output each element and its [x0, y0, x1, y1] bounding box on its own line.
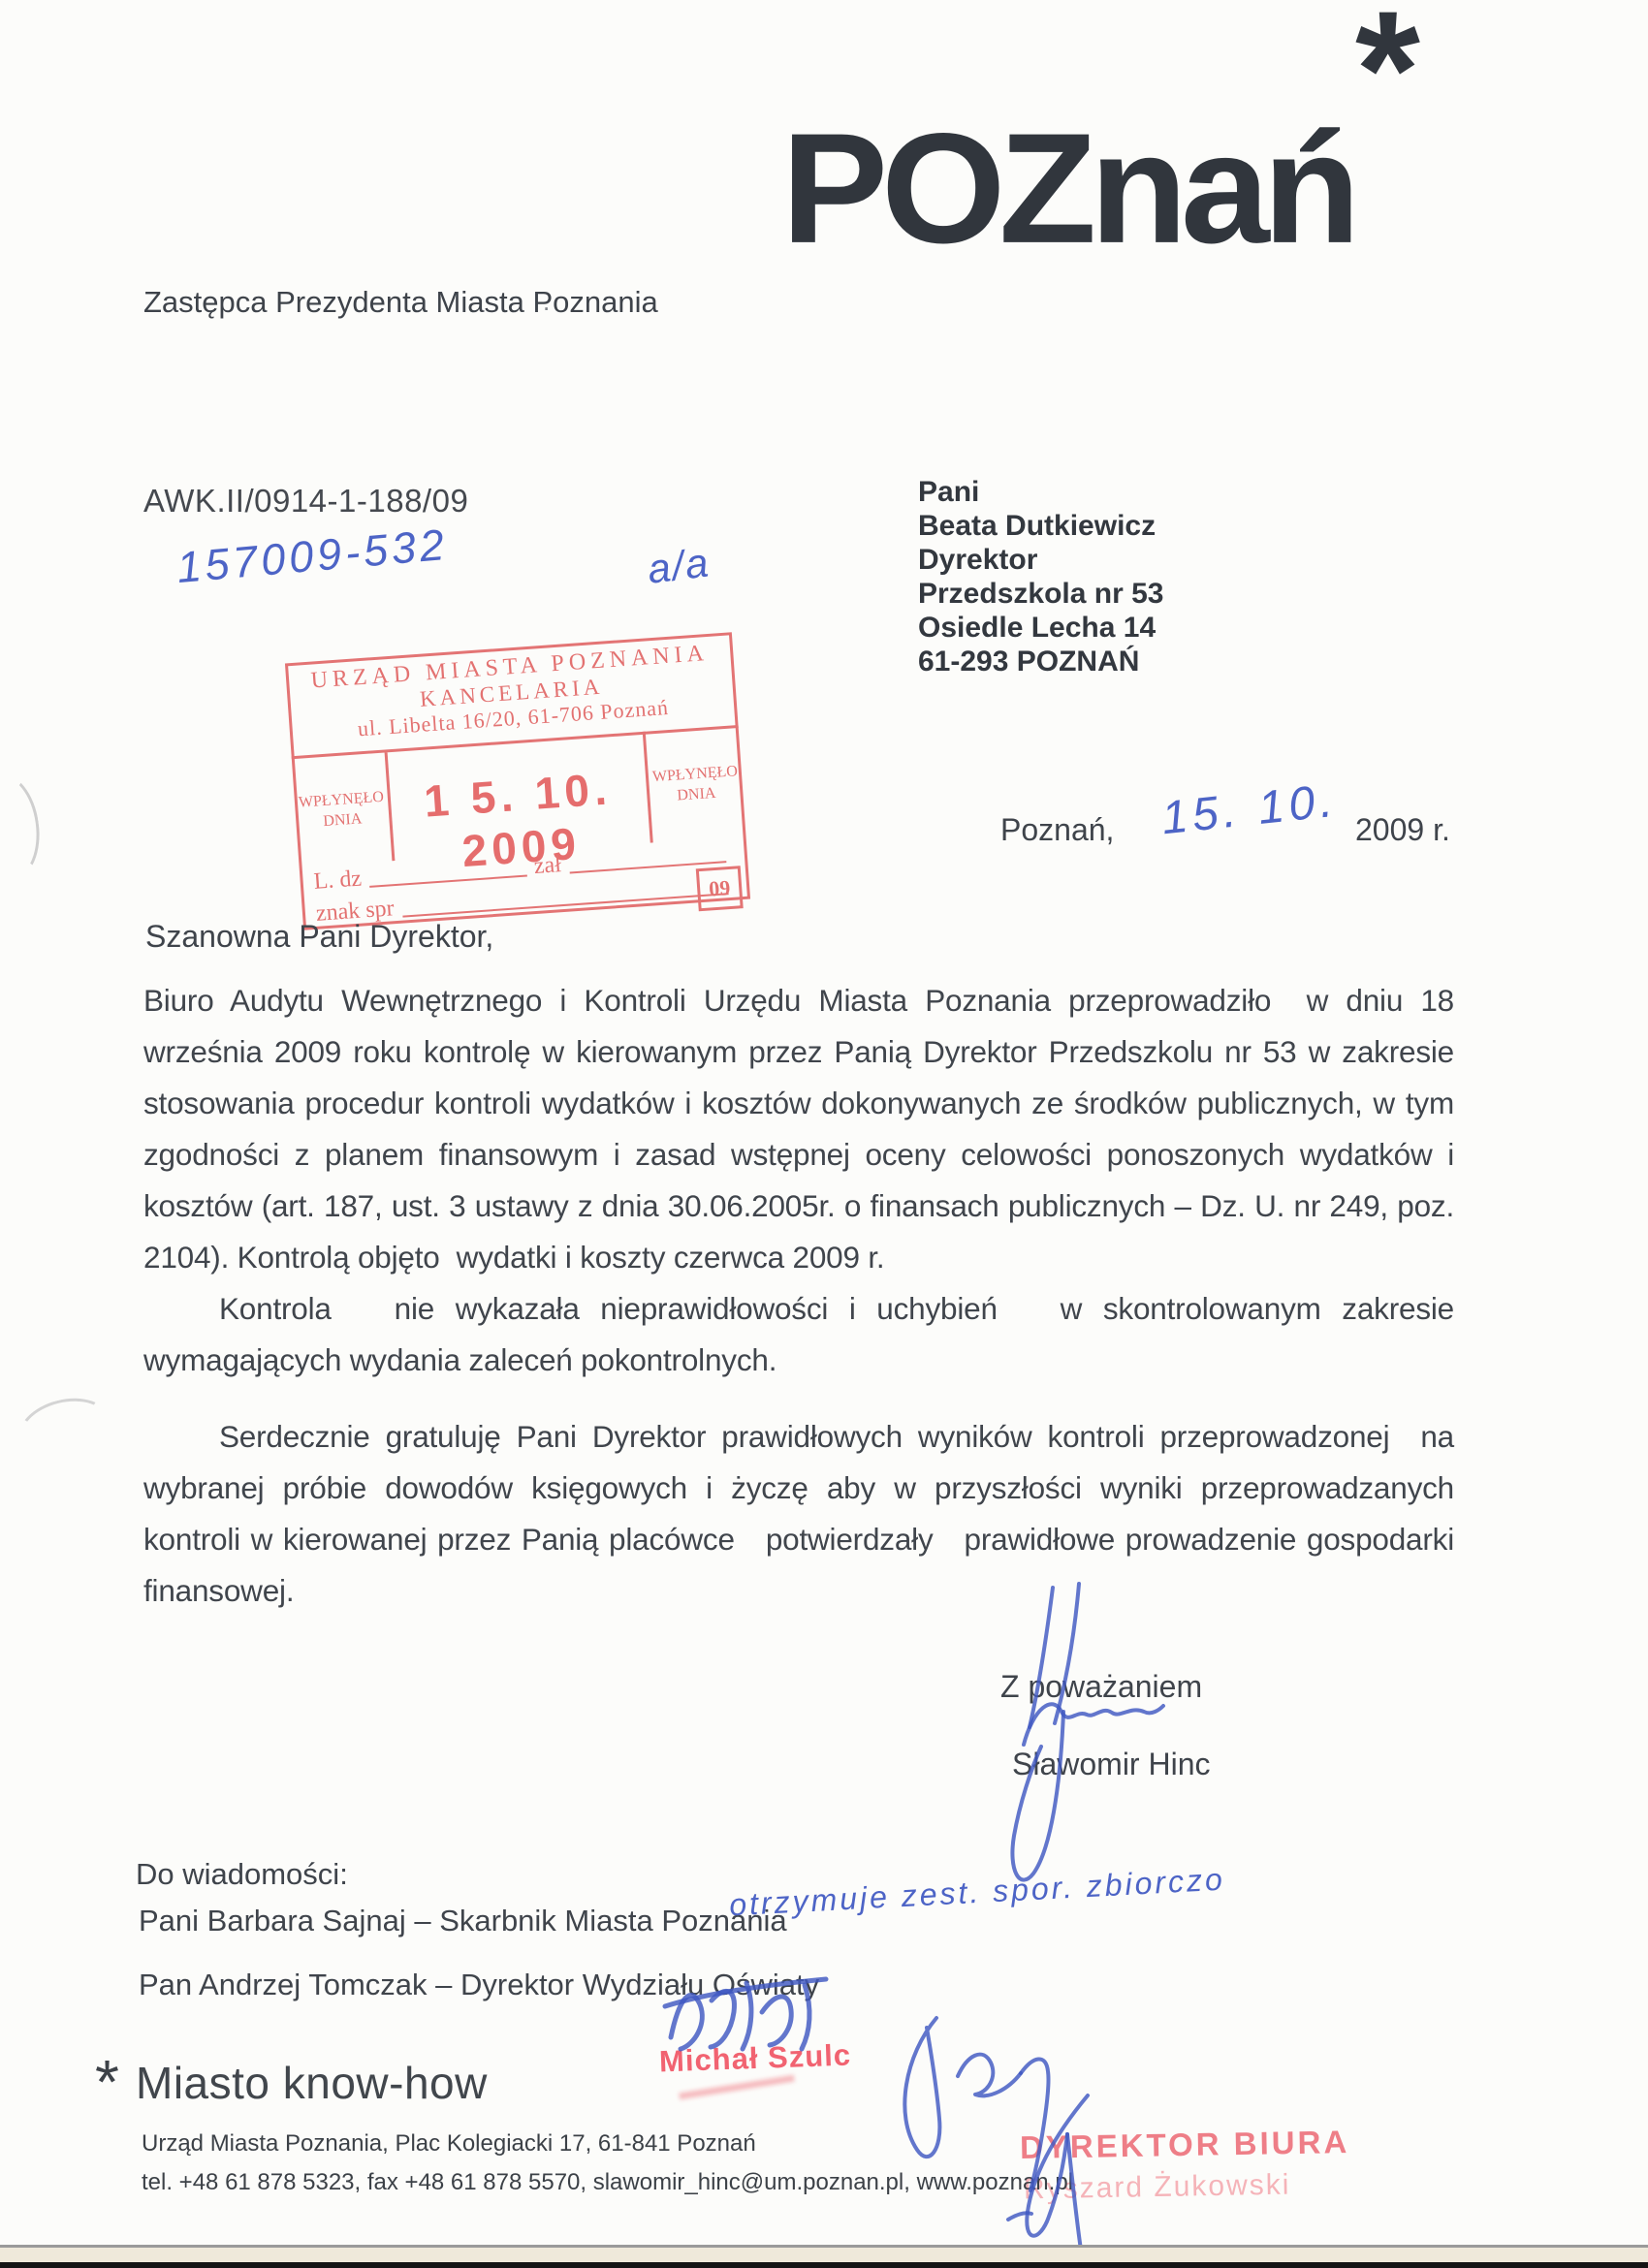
- footer-address: Urząd Miasta Poznania, Plac Kolegiacki 1…: [142, 2130, 756, 2158]
- recipient-line: Przedszkola nr 53: [918, 577, 1163, 611]
- clerk-signature-stroke: [762, 1997, 791, 2045]
- stamp-corner-number: 09: [696, 866, 744, 911]
- scan-edge-band: [0, 2248, 1648, 2262]
- body-paragraph-1: Biuro Audytu Wewnętrznego i Kontroli Urz…: [143, 975, 1454, 1283]
- footer-contact: tel. +48 61 878 5323, fax +48 61 878 557…: [142, 2169, 1073, 2196]
- case-number: AWK.II/0914-1-188/09: [143, 483, 468, 520]
- registry-stamp-received-right: WPŁYNĘŁO DNIA: [643, 725, 746, 843]
- scan-edge-black: [0, 2262, 1648, 2268]
- recipient-line: 61-293 POZNAŃ: [918, 645, 1163, 678]
- director-signature-stroke: [1008, 2213, 1031, 2220]
- zal-label: zał: [533, 852, 562, 880]
- signer-name: Sławomir Hinc: [1012, 1747, 1210, 1782]
- received-label: DNIA: [323, 808, 363, 832]
- clerk-name-stamp: Michał Szulc: [658, 2038, 851, 2080]
- handwritten-date: 15. 10.: [1159, 774, 1341, 846]
- main-signature-stroke: [1024, 1704, 1163, 1745]
- cc-line-1: Pani Barbara Sajnaj – Skarbnik Miasta Po…: [139, 1904, 787, 1938]
- body-paragraph-3: Serdecznie gratuluję Pani Dyrektor prawi…: [143, 1411, 1454, 1617]
- received-label: DNIA: [677, 782, 716, 805]
- office-title: Zastępca Prezydenta Miasta Poznania: [143, 285, 658, 320]
- recipient-line: Dyrektor: [918, 543, 1163, 577]
- salutation: Szanowna Pani Dyrektor,: [145, 919, 493, 955]
- cc-line-2: Pan Andrzej Tomczak – Dyrektor Wydziału …: [139, 1968, 819, 2002]
- handwritten-registry-number: 157009-532: [174, 520, 450, 593]
- letter-body: Biuro Audytu Wewnętrznego i Kontroli Urz…: [143, 975, 1454, 1617]
- recipient-line: Pani: [918, 475, 1163, 509]
- centre-signature-stroke: [958, 2055, 1021, 2096]
- cc-heading: Do wiadomości:: [136, 1857, 348, 1892]
- clerk-stamp-smudge: [679, 2075, 795, 2100]
- recipient-line: Osiedle Lecha 14: [918, 611, 1163, 645]
- recipient-line: Beata Dutkiewicz: [918, 509, 1163, 543]
- handwritten-aa-note: a/a: [645, 539, 713, 592]
- footer-slogan: Miasto know-how: [136, 2057, 488, 2109]
- cc-handwritten-note: otrzymuje zest. spor. zbiorczo: [728, 1862, 1225, 1924]
- director-title-stamp: DYREKTOR BIURA: [1020, 2124, 1350, 2166]
- scanned-letter-page: POZnań * Zastępca Prezydenta Miasta Pozn…: [0, 0, 1648, 2268]
- main-signature-stroke: [1012, 1712, 1063, 1880]
- office-title-mark: .: [543, 287, 550, 317]
- registry-stamp: URZĄD MIASTA POZNANIA KANCELARIA ul. Lib…: [285, 632, 750, 930]
- scan-artifact-arc: [0, 770, 46, 884]
- poznan-logo: POZnań: [781, 110, 1354, 268]
- registry-stamp-received-left: WPŁYNĘŁO DNIA: [292, 752, 396, 867]
- valediction: Z poważaniem: [1000, 1669, 1202, 1705]
- body-paragraph-2: Kontrola nie wykazała nieprawidłowości i…: [143, 1283, 1454, 1386]
- centre-signature-stroke: [904, 2018, 939, 2157]
- poznan-logo-asterisk-icon: *: [1355, 0, 1420, 153]
- clerk-signature-stroke: [671, 1995, 702, 2049]
- dateline-year: 2009 r.: [1355, 812, 1450, 848]
- recipient-block: Pani Beata Dutkiewicz Dyrektor Przedszko…: [918, 475, 1163, 678]
- footer-asterisk-icon: *: [95, 2051, 119, 2113]
- dateline-city: Poznań,: [1000, 812, 1114, 848]
- ldz-label: L. dz: [313, 866, 363, 896]
- scan-artifact-arc: [12, 1389, 119, 1472]
